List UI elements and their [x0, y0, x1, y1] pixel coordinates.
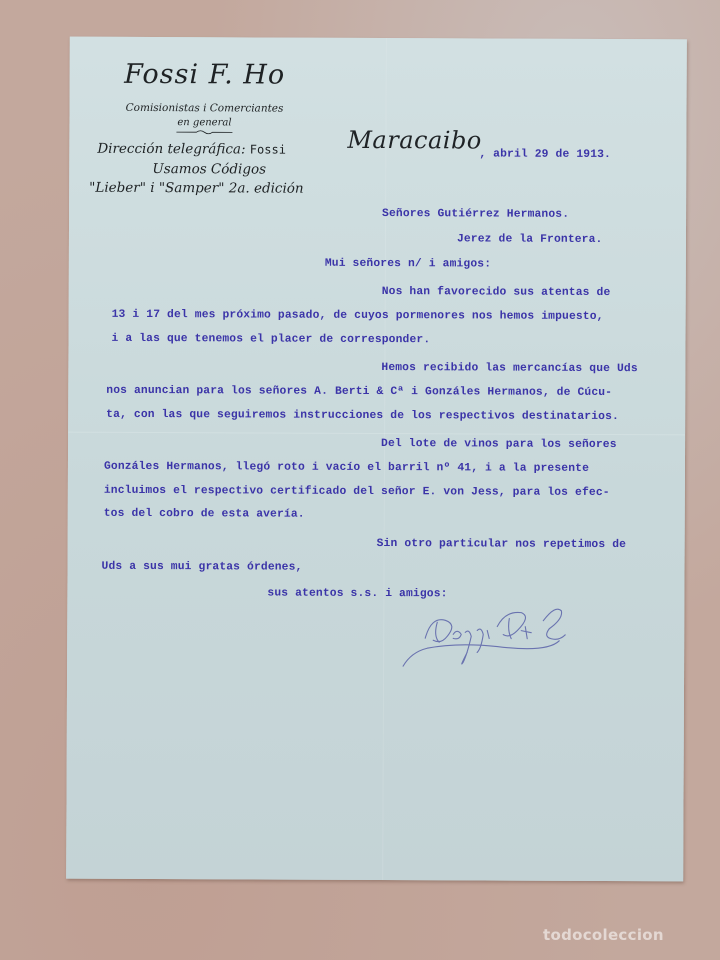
salutation: Mui señores n/ i amigos: [325, 258, 491, 271]
body-line: ta, con las que seguiremos instrucciones… [106, 409, 619, 423]
body-line: tos del cobro de esta avería. [104, 508, 305, 521]
body-line: incluimos el respectivo certificado del … [104, 485, 610, 499]
body-line: Sin otro particular nos repetimos de [377, 538, 627, 551]
telegraph-label: Dirección telegráfica: [97, 141, 245, 158]
letterhead-telegraph: Dirección telegráfica: Fossi [97, 141, 337, 158]
letterhead-codes-value: "Lieber" i "Samper" 2a. edición [89, 180, 354, 197]
letterhead-codes-label: Usamos Códigos [109, 161, 309, 178]
body-line: Del lote de vinos para los señores [381, 438, 617, 451]
body-line: Nos han favorecido sus atentas de [382, 286, 611, 299]
letterhead-subtitle-2: en general [109, 117, 299, 129]
handwritten-signature [397, 596, 617, 677]
fold-crease-vertical [382, 38, 387, 880]
recipient-name: Señores Gutiérrez Hermanos. [382, 208, 569, 221]
body-line: nos anuncian para los señores A. Berti &… [106, 385, 612, 399]
dateline-date: , abril 29 de 1913. [479, 148, 611, 161]
telegraph-value: Fossi [250, 142, 286, 156]
body-line: Hemos recibido las mercancías que Uds [381, 362, 637, 375]
dateline-city: Maracaibo [347, 126, 482, 155]
watermark-text: todocoleccion [543, 926, 664, 944]
letterhead-subtitle: Comisionistas i Comerciantes [110, 102, 300, 115]
letterhead-firm-name: Fossi F. Ho [120, 59, 290, 91]
body-line: Gonzáles Hermanos, llegó roto i vacío el… [104, 461, 589, 475]
letter-paper: Fossi F. Ho Comisionistas i Comerciantes… [66, 37, 687, 882]
body-line: Uds a sus mui gratas órdenes, [102, 561, 303, 574]
body-line: i a las que tenemos el placer de corresp… [111, 333, 430, 346]
body-line: 13 i 17 del mes próximo pasado, de cuyos… [112, 309, 604, 323]
ornament-flourish-icon [174, 129, 234, 135]
recipient-location: Jerez de la Frontera. [457, 233, 603, 246]
fold-crease-horizontal [68, 432, 685, 436]
